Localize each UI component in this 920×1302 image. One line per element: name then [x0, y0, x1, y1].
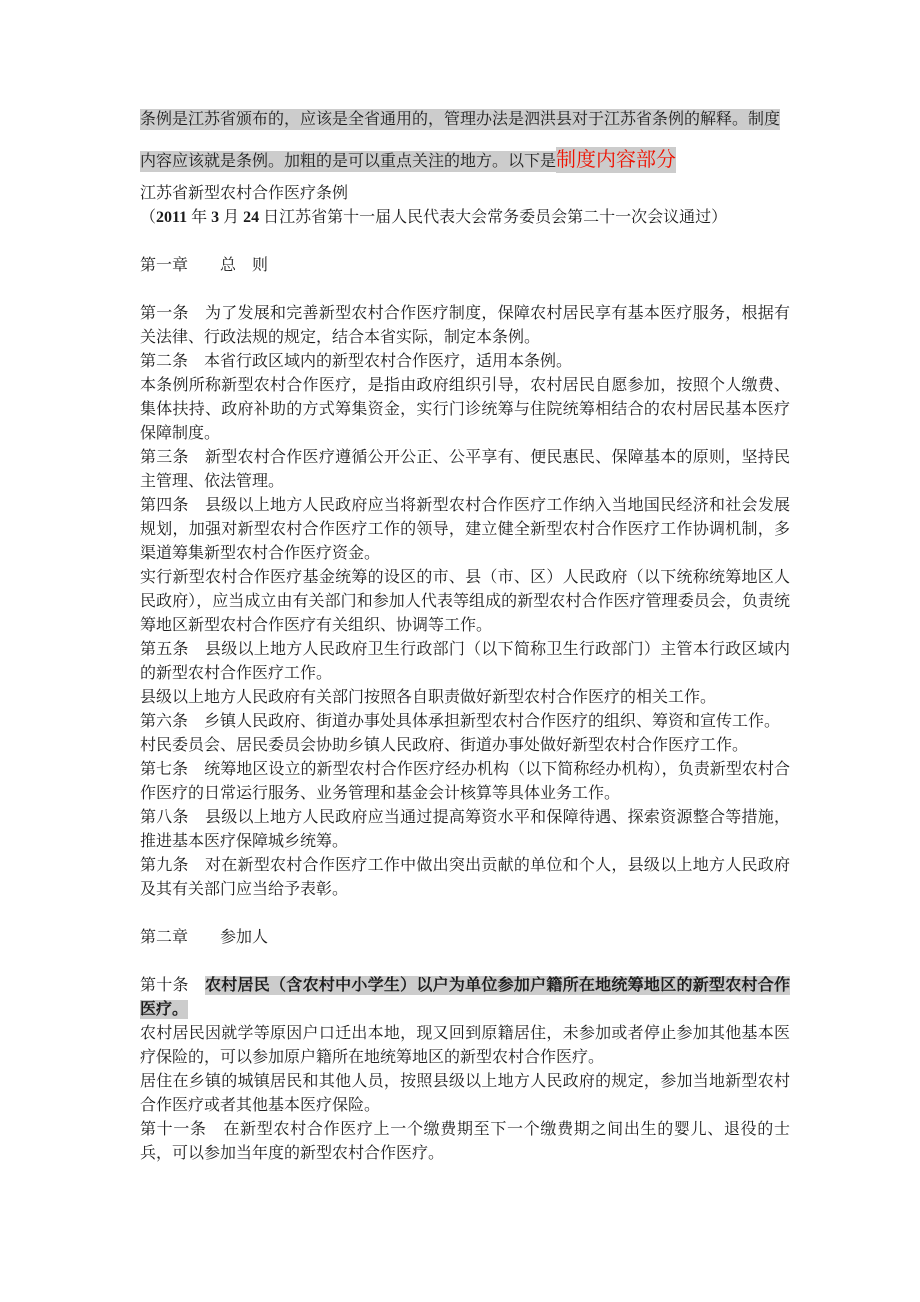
document-page: 条例是江苏省颁布的，应该是全省通用的，管理办法是泗洪县对于江苏省条例的解释。制度… [0, 0, 920, 1302]
text-segment: 第八条 县级以上地方人民政府应当通过提高筹资水平和保障待遇、探索资源整合等措施，… [140, 809, 790, 850]
blank-line [140, 278, 790, 302]
document-body: 条例是江苏省颁布的，应该是全省通用的，管理办法是泗洪县对于江苏省条例的解释。制度… [140, 100, 790, 1166]
text-segment: （ [140, 209, 156, 226]
article-6: 第六条 乡镇人民政府、街道办事处具体承担新型农村合作医疗的组织、筹资和宣传工作。 [140, 710, 790, 734]
article-4-paragraph-2: 实行新型农村合作医疗基金统筹的设区的市、县（市、区）人民政府（以下统称统筹地区人… [140, 566, 790, 638]
text-segment: 年 [187, 209, 211, 226]
article-10: 第十条 农村居民（含农村中小学生）以户为单位参加户籍所在地统筹地区的新型农村合作… [140, 974, 790, 1022]
chapter-heading-2: 第二章 参加人 [140, 926, 790, 950]
text-segment: 第一章 总 则 [140, 257, 268, 274]
bold-highlighted-text: 农村居民（含农村中小学生）以户为单位参加户籍所在地统筹地区的新型农村合作医疗。 [140, 976, 790, 1019]
text-segment: 第四条 县级以上地方人民政府应当将新型农村合作医疗工作纳入当地国民经济和社会发展… [140, 497, 790, 562]
article-11: 第十一条 在新型农村合作医疗上一个缴费期至下一个缴费期之间出生的婴儿、退役的士兵… [140, 1118, 790, 1166]
article-2-paragraph-2: 本条例所称新型农村合作医疗，是指由政府组织引导，农村居民自愿参加，按照个人缴费、… [140, 374, 790, 446]
text-segment: 实行新型农村合作医疗基金统筹的设区的市、县（市、区）人民政府（以下统称统筹地区人… [140, 569, 790, 634]
article-10-paragraph-3: 居住在乡镇的城镇居民和其他人员，按照县级以上地方人民政府的规定，参加当地新型农村… [140, 1070, 790, 1118]
blank-line [140, 902, 790, 926]
text-segment: 本条例所称新型农村合作医疗，是指由政府组织引导，农村居民自愿参加，按照个人缴费、… [140, 377, 790, 442]
text-segment: 3 [211, 209, 219, 226]
text-segment: 2011 [156, 209, 187, 226]
text-segment: 居住在乡镇的城镇居民和其他人员，按照县级以上地方人民政府的规定，参加当地新型农村… [140, 1073, 790, 1114]
text-segment: 第二章 参加人 [140, 929, 268, 946]
text-segment: 第五条 县级以上地方人民政府卫生行政部门（以下简称卫生行政部门）主管本行政区域内… [140, 641, 790, 682]
text-segment: 第七条 统筹地区设立的新型农村合作医疗经办机构（以下简称经办机构），负责新型农村… [140, 761, 790, 802]
text-segment: 村民委员会、居民委员会协助乡镇人民政府、街道办事处做好新型农村合作医疗工作。 [140, 737, 748, 754]
text-segment: 县级以上地方人民政府有关部门按照各自职责做好新型农村合作医疗的相关工作。 [140, 689, 716, 706]
text-segment: 第九条 对在新型农村合作医疗工作中做出突出贡献的单位和个人，县级以上地方人民政府… [140, 857, 790, 898]
text-segment: 第十一条 在新型农村合作医疗上一个缴费期至下一个缴费期之间出生的婴儿、退役的士兵… [140, 1121, 790, 1162]
article-7: 第七条 统筹地区设立的新型农村合作医疗经办机构（以下简称经办机构），负责新型农村… [140, 758, 790, 806]
text-segment: 第二条 本省行政区域内的新型农村合作医疗，适用本条例。 [140, 353, 572, 370]
chapter-heading-1: 第一章 总 则 [140, 254, 790, 278]
emphasis-red-text: 制度内容部分 [556, 147, 676, 173]
text-segment: 第六条 乡镇人民政府、街道办事处具体承担新型农村合作医疗的组织、筹资和宣传工作。 [140, 713, 780, 730]
text-segment: 第三条 新型农村合作医疗遵循公开公正、公平享有、便民惠民、保障基本的原则，坚持民… [140, 449, 790, 490]
text-segment: 24 [243, 209, 259, 226]
article-3: 第三条 新型农村合作医疗遵循公开公正、公平享有、便民惠民、保障基本的原则，坚持民… [140, 446, 790, 494]
article-9: 第九条 对在新型农村合作医疗工作中做出突出贡献的单位和个人，县级以上地方人民政府… [140, 854, 790, 902]
article-10-paragraph-2: 农村居民因就学等原因户口迁出本地，现又回到原籍居住，未参加或者停止参加其他基本医… [140, 1022, 790, 1070]
blank-line [140, 230, 790, 254]
doc-passage-info: （2011 年 3 月 24 日江苏省第十一届人民代表大会常务委员会第二十一次会… [140, 206, 790, 230]
article-5: 第五条 县级以上地方人民政府卫生行政部门（以下简称卫生行政部门）主管本行政区域内… [140, 638, 790, 686]
annotation-note: 条例是江苏省颁布的，应该是全省通用的，管理办法是泗洪县对于江苏省条例的解释。制度… [140, 100, 790, 182]
article-8: 第八条 县级以上地方人民政府应当通过提高筹资水平和保障待遇、探索资源整合等措施，… [140, 806, 790, 854]
article-6-paragraph-2: 村民委员会、居民委员会协助乡镇人民政府、街道办事处做好新型农村合作医疗工作。 [140, 734, 790, 758]
text-segment: 江苏省新型农村合作医疗条例 [140, 185, 348, 202]
article-2: 第二条 本省行政区域内的新型农村合作医疗，适用本条例。 [140, 350, 790, 374]
blank-line [140, 950, 790, 974]
text-segment: 第一条 为了发展和完善新型农村合作医疗制度，保障农村居民享有基本医疗服务，根据有… [140, 305, 790, 346]
text-segment: 农村居民因就学等原因户口迁出本地，现又回到原籍居住，未参加或者停止参加其他基本医… [140, 1025, 790, 1066]
text-segment: 月 [219, 209, 243, 226]
highlighted-text: 条例是江苏省颁布的，应该是全省通用的，管理办法是泗洪县对于江苏省条例的解释。制度… [140, 109, 780, 172]
article-1: 第一条 为了发展和完善新型农村合作医疗制度，保障农村居民享有基本医疗服务，根据有… [140, 302, 790, 350]
article-5-paragraph-2: 县级以上地方人民政府有关部门按照各自职责做好新型农村合作医疗的相关工作。 [140, 686, 790, 710]
article-4: 第四条 县级以上地方人民政府应当将新型农村合作医疗工作纳入当地国民经济和社会发展… [140, 494, 790, 566]
text-segment: 日江苏省第十一届人民代表大会常务委员会第二十一次会议通过） [259, 209, 727, 226]
doc-title: 江苏省新型农村合作医疗条例 [140, 182, 790, 206]
text-segment: 第十条 [140, 977, 205, 994]
